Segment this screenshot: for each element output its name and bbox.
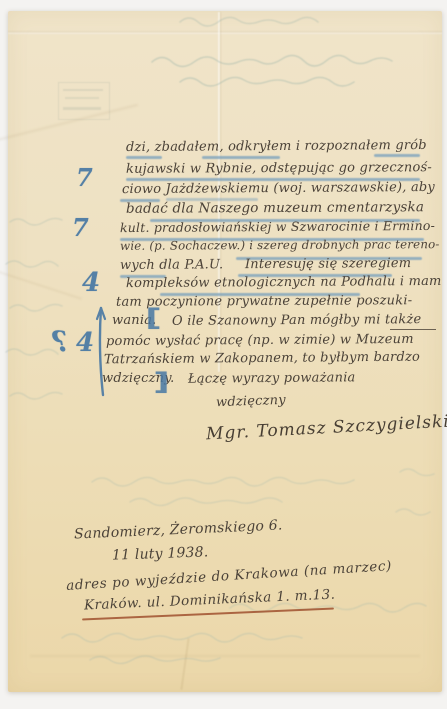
blue-underline bbox=[126, 156, 162, 159]
letter-line-10-rest: O ile Szanowny Pan mógłby mi także bbox=[172, 313, 421, 328]
letter-line-5: kult. pradosłowiańskiej w Szwarocinie i … bbox=[120, 220, 435, 235]
letter-line-11: pomóc wysłać pracę (np. w zimie) w Muzeu… bbox=[106, 333, 414, 348]
letter-line-6: wie. (p. Sochaczew.) i szereg drobnych p… bbox=[120, 239, 440, 252]
letter-line-1: dzi, zbadałem, odkryłem i rozpoznałem gr… bbox=[126, 139, 427, 154]
blue-underline bbox=[374, 154, 420, 157]
letter-line-2: kujawski w Rybnie, odstępując go grzeczn… bbox=[126, 161, 432, 176]
letter-line-12: Tatrzańskiem w Zakopanem, to byłbym bard… bbox=[104, 351, 420, 367]
blue-bracket-close: ] bbox=[153, 370, 169, 394]
letter-line-8: kompleksów etnologicznych na Podhalu i m… bbox=[126, 275, 442, 290]
margin-mark-7-second: 7 bbox=[72, 216, 89, 240]
margin-mark-4-second: 4 bbox=[76, 330, 94, 356]
margin-arrow-up bbox=[94, 298, 110, 398]
blue-underline bbox=[202, 156, 280, 159]
footer-date-line: 11 luty 1938. bbox=[112, 545, 209, 562]
margin-mark-question: ? bbox=[52, 328, 68, 356]
letter-line-7: wych dla P.A.U. Interesuję się szeregiem bbox=[120, 257, 411, 272]
valediction: wdzięczny bbox=[216, 394, 286, 409]
blue-bracket-open: [ bbox=[145, 306, 161, 330]
scanned-letter-page: dzi, zbadałem, odkryłem i rozpoznałem gr… bbox=[0, 0, 447, 709]
letter-line-13-rest: Łączę wyrazy poważania bbox=[188, 371, 356, 385]
margin-mark-7-first: 7 bbox=[76, 166, 93, 190]
margin-mark-4-first: 4 bbox=[82, 270, 100, 296]
letter-line-3: ciowo Jażdżewskiemu (woj. warszawskie), … bbox=[122, 181, 435, 196]
letter-line-4: badać dla Naszego muzeum cmentarzyska bbox=[126, 201, 424, 216]
ink-underline-mi-takze bbox=[390, 329, 436, 330]
